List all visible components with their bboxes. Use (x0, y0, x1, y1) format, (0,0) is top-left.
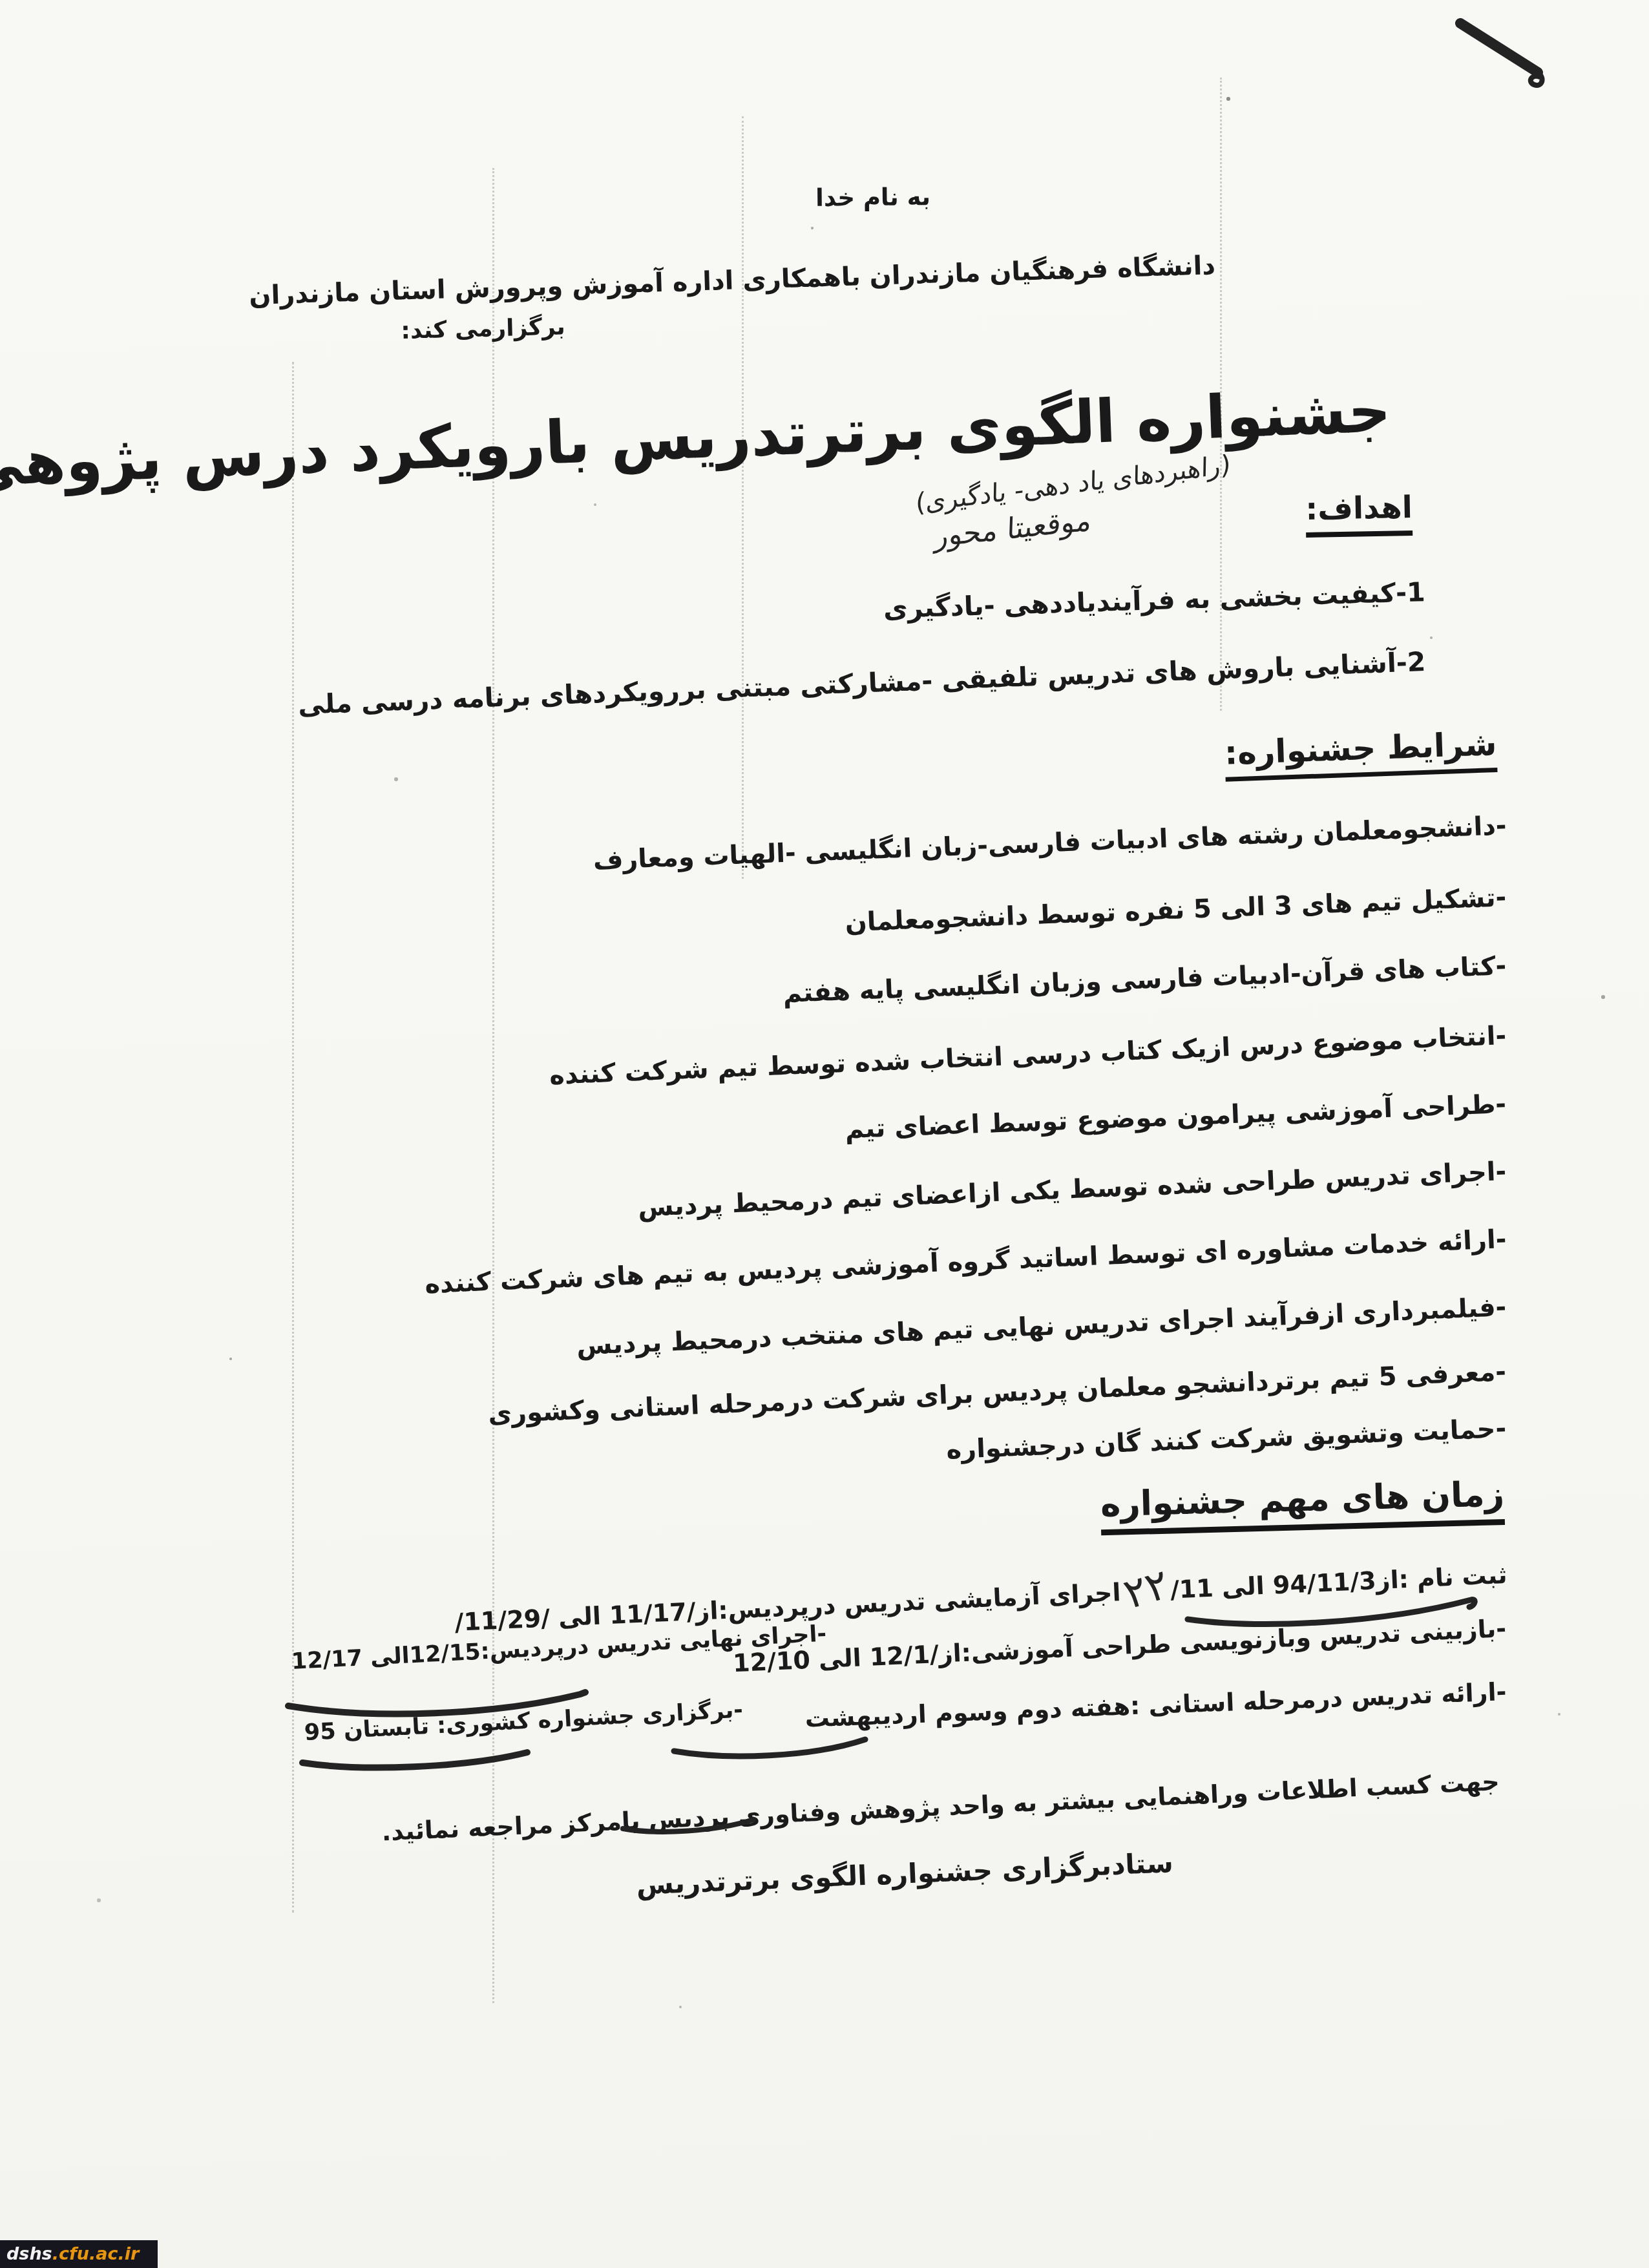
scanner-artifact-line (292, 362, 294, 1913)
paper-speckles (0, 0, 1, 1)
scanned-document: به نام خدا دانشگاه فرهنگیان مازندران باه… (0, 0, 1649, 2268)
provincial-stage-line: -ارائه تدریس درمرحله استانی :هفته دوم وس… (804, 1677, 1506, 1733)
pen-underline (297, 1745, 534, 1778)
condition-item: -معرفی 5 تیم برتردانشجو معلمان پردیس برا… (488, 1357, 1507, 1429)
scanner-artifact-line (742, 116, 744, 879)
bismillah-line: به نام خدا (815, 183, 930, 212)
pen-underline (619, 1813, 759, 1842)
review-line: -بازبینی تدریس وبازنویسی طراحی آموزشی:از… (732, 1614, 1507, 1677)
condition-item: -فیلمبرداری ازفرآیند اجرای تدریس نهایی ت… (576, 1292, 1507, 1361)
condition-item: -تشکیل تیم های 3 الی 5 نفره توسط دانشجوم… (845, 883, 1507, 938)
goals-heading: اهداف: (1305, 490, 1413, 527)
condition-item: -کتاب های قرآن-ادبیات فارسی وزبان انگلیس… (782, 951, 1507, 1009)
condition-item: -اجرای تدریس طراحی شده توسط یکی ازاعضای … (637, 1157, 1507, 1223)
pen-underline (669, 1730, 872, 1765)
goal-item: 1-کیفیت بخشی به فرآیندیاددهی -یادگیری (883, 576, 1426, 624)
signature-line: ستادبرگزاری جشنواره الگوی برترتدریس (636, 1847, 1174, 1901)
organizer-line: دانشگاه فرهنگیان مازندران باهمکاری اداره… (249, 251, 1216, 311)
info-line: جهت کسب اطلاعات وراهنمایی بیشتر به واحد … (381, 1767, 1500, 1847)
condition-item: -دانشجومعلمان رشته های ادبیات فارسی-زبان… (593, 811, 1507, 876)
pen-slash-mark (1451, 16, 1564, 100)
schedule-heading: زمان های مهم جشنواره (1100, 1475, 1505, 1524)
condition-item: -حمایت وتشویق شرکت کنند گان درجشنواره (946, 1414, 1507, 1465)
watermark-site-prefix: dshs (6, 2244, 52, 2264)
website-watermark: dshs.cfu.ac.ir (0, 2240, 158, 2268)
condition-item: -ارائه خدمات مشاوره ای توسط اساتید گروه … (424, 1224, 1507, 1299)
handwritten-date-correction: ۲۲ (1118, 1560, 1174, 1619)
conditions-heading: شرایط جشنواره: (1224, 725, 1497, 772)
watermark-site-suffix: .cfu.ac.ir (52, 2244, 140, 2264)
condition-item: -طراحی آموزشی پیرامون موضوع توسط اعضای ت… (845, 1089, 1507, 1144)
goal-item: 2-آشنایی باروش های تدریس تلفیقی -مشارکتی… (297, 646, 1426, 720)
condition-item: -انتخاب موضوع درس ازیک کتاب درسی انتخاب … (549, 1021, 1507, 1091)
presents-line: برگزارمی کند: (401, 313, 565, 344)
